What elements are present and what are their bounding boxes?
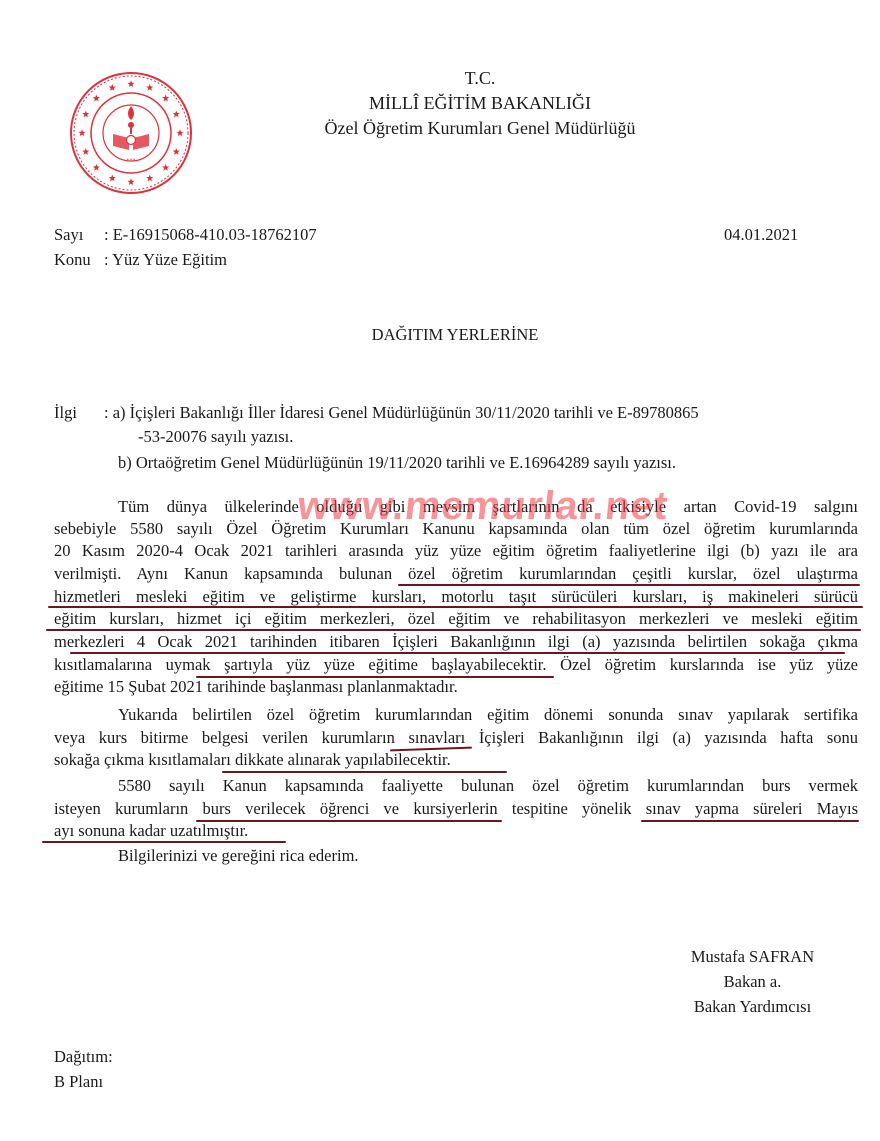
ilgi-label: İlgi [54, 403, 77, 423]
underline-mark [70, 652, 845, 654]
watermark: www.memurlar.net [296, 484, 671, 529]
underline-mark [222, 771, 507, 773]
sayi-label: Sayı [54, 225, 83, 245]
document-date: 04.01.2021 [724, 225, 798, 245]
paragraph-line: Yukarıda belirtilen özel öğretim kurumla… [118, 705, 858, 725]
underline-mark [46, 629, 861, 631]
closing-line: Bilgilerinizi ve gereğini rica ederim. [118, 846, 359, 866]
header-tc: T.C. [300, 68, 660, 89]
paragraph-line: sokağa çıkma kısıtlamaları dikkate alına… [54, 750, 858, 770]
header-ministry: MİLLÎ EĞİTİM BAKANLIĞI [300, 93, 660, 114]
ilgi-a-line1: : a) İçişleri Bakanlığı İller İdaresi Ge… [104, 403, 699, 423]
underline-mark [641, 820, 859, 822]
konu-value: : Yüz Yüze Eğitim [104, 250, 227, 270]
paragraph-line: 20 Kasım 2020-4 Ocak 2021 tarihleri aras… [54, 541, 858, 561]
paragraph-line: isteyen kurumların burs verilecek öğrenc… [54, 799, 858, 819]
signatory-on-behalf: Bakan a. [640, 972, 865, 992]
paragraph-line: veya kurs bitirme belgesi verilen kuruml… [54, 728, 858, 748]
meb-emblem-icon: • • • [66, 68, 196, 198]
paragraph-line: merkezleri 4 Ocak 2021 tarihinden itibar… [54, 632, 858, 652]
paragraph-line: 5580 sayılı Kanun kapsamında faaliyette … [118, 776, 858, 796]
distribution-value: B Planı [54, 1072, 103, 1092]
distribution-label: Dağıtım: [54, 1047, 113, 1067]
konu-label: Konu [54, 250, 91, 270]
underline-mark [196, 820, 502, 822]
underline-mark [42, 841, 286, 843]
ilgi-b-line: b) Ortaöğretim Genel Müdürlüğünün 19/11/… [118, 453, 676, 473]
recipient-heading: DAĞITIM YERLERİNE [300, 325, 610, 345]
svg-text:• • •: • • • [127, 157, 135, 163]
paragraph-line: ayı sonuna kadar uzatılmıştır. [54, 821, 858, 841]
signatory-title: Bakan Yardımcısı [640, 997, 865, 1017]
paragraph-line: eğitim kursları, hizmet içi eğitim merke… [54, 609, 858, 629]
paragraph-line: eğitime 15 Şubat 2021 tarihinde başlanma… [54, 677, 858, 697]
underline-mark [48, 606, 863, 608]
signatory-name: Mustafa SAFRAN [640, 947, 865, 967]
underline-mark [196, 676, 554, 678]
paragraph-line: hizmetleri mesleki eğitim ve geliştirme … [54, 587, 858, 607]
paragraph-line: kısıtlamalarına uymak şartıyla yüz yüze … [54, 655, 858, 675]
header-directorate: Özel Öğretim Kurumları Genel Müdürlüğü [300, 118, 660, 139]
underline-mark [398, 584, 860, 586]
paragraph-line: verilmişti. Aynı Kanun kapsamında buluna… [54, 564, 858, 584]
ilgi-a-line2: -53-20076 sayılı yazısı. [138, 427, 293, 447]
sayi-value: : E-16915068-410.03-18762107 [104, 225, 317, 245]
